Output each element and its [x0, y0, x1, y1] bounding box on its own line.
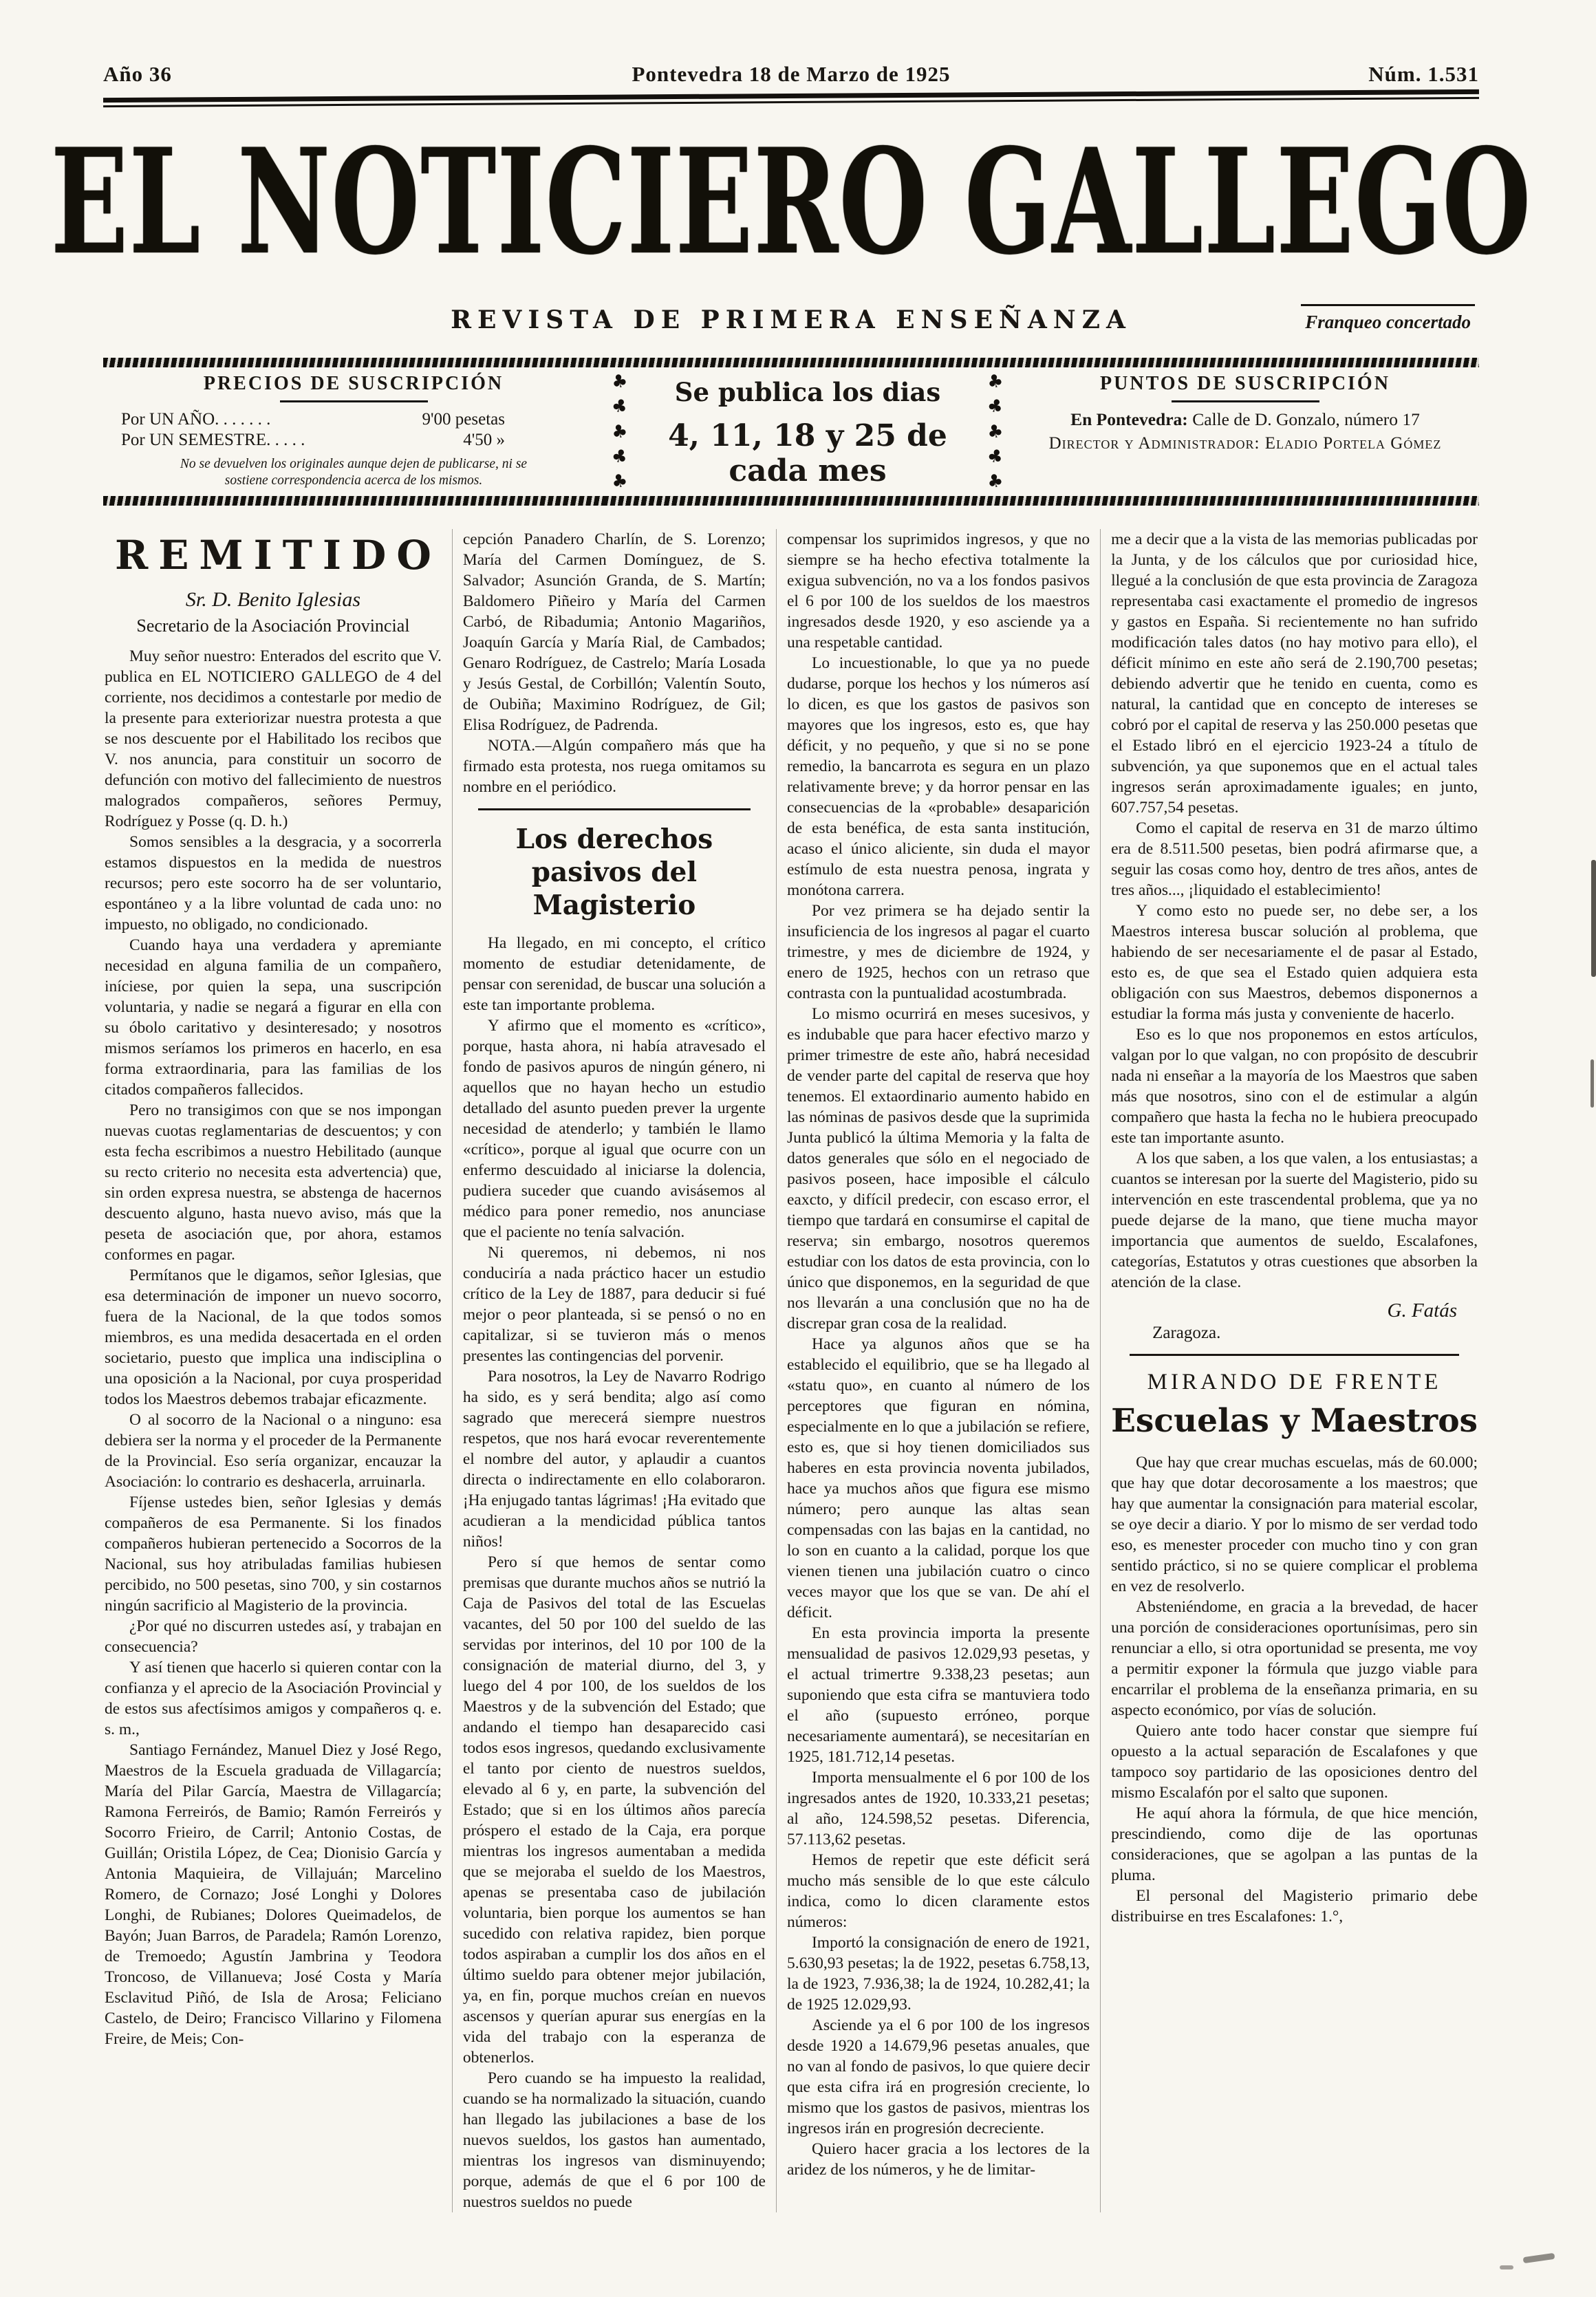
nota-paragraph: NOTA.—Algún compañero más que ha firmado… [463, 735, 766, 797]
article-divider [1130, 1354, 1460, 1356]
header-rule [103, 89, 1479, 107]
schedule-frame: ♣ ♣ ♣ ♣ ♣ Se publica los dias 4, 11, 18 … [604, 367, 1011, 496]
paragraph: Muy señor nuestro: Enterados del escrito… [105, 646, 442, 832]
scan-artifact [1500, 2265, 1513, 2269]
ornamental-rule [1011, 358, 1479, 367]
paragraph: Importa mensualmente el 6 por 100 de los… [787, 1767, 1090, 1850]
leaf-ornament-icon: ♣ [609, 394, 630, 419]
column-3: compensar los suprimidos ingresos, y que… [776, 529, 1100, 2212]
paragraph: Ha llegado, en mi concepto, el crítico m… [463, 933, 766, 1015]
leaf-ornament-column: ♣ ♣ ♣ ♣ ♣ [980, 367, 1011, 496]
issue-number: Núm. 1.531 [1135, 62, 1479, 87]
price-line-year: Por UN AÑO. . . . . . . 9'00 pesetas [116, 409, 592, 430]
newspaper-title: EL NOTICIERO GALLEGO [51, 116, 1532, 286]
signers-list: Santiago Fernández, Manuel Diez y José R… [105, 1740, 442, 2049]
paragraph: A los que saben, a los que valen, a los … [1111, 1148, 1478, 1293]
paragraph: Asciende ya el 6 por 100 de los ingresos… [787, 2015, 1090, 2139]
info-row: PRECIOS DE SUSCRIPCIÓN Por UN AÑO. . . .… [103, 358, 1479, 506]
edition-date: Pontevedra 18 de Marzo de 1925 [447, 62, 1135, 87]
franqueo-label: Franqueo concertado [1301, 304, 1475, 333]
ornamental-rule [1011, 496, 1479, 506]
price-label: Por UN AÑO. . . . . . . [121, 410, 270, 429]
paragraph: Eso es lo que nos proponemos en estos ar… [1111, 1024, 1478, 1148]
article-columns: REMITIDO Sr. D. Benito Iglesias Secretar… [103, 529, 1479, 2212]
paragraph: Quiero ante todo hacer constar que siemp… [1111, 1721, 1478, 1803]
director-name: Eladio Portela Gómez [1265, 434, 1442, 453]
subscription-points-box: PUNTOS DE SUSCRIPCIÓN En Pontevedra: Cal… [1011, 358, 1479, 506]
ornamental-rule [103, 358, 604, 367]
scan-artifact [1591, 860, 1596, 977]
schedule-line1: Se publica los dias [636, 377, 980, 407]
paragraph: Como el capital de reserva en 31 de marz… [1111, 818, 1478, 901]
publication-schedule-box: ♣ ♣ ♣ ♣ ♣ Se publica los dias 4, 11, 18 … [604, 358, 1011, 506]
derechos-headline: Los derechos pasivos del Magisterio [463, 823, 766, 922]
paragraph: Quiero hacer gracia a los lectores de la… [787, 2139, 1090, 2180]
price-value: 4'50 » [463, 431, 505, 450]
scan-artifact [1590, 1059, 1594, 1108]
price-line-semester: Por UN SEMESTRE. . . . . 4'50 » [116, 430, 592, 451]
ornamental-rule [604, 358, 1011, 367]
paragraph: Fíjense ustedes bien, señor Iglesias y d… [105, 1492, 442, 1616]
director-line: Director y Administrador: Eladio Portela… [1024, 434, 1467, 453]
points-title: PUNTOS DE SUSCRIPCIÓN [1024, 373, 1467, 395]
leaf-ornament-icon: ♣ [610, 420, 630, 444]
derechos-headline-line2: Magisterio [463, 889, 766, 922]
column-2: cepción Panadero Charlín, de S. Lorenzo;… [452, 529, 776, 2212]
paragraph: ¿Por qué no discurren ustedes así, y tra… [105, 1616, 442, 1657]
header-bar: Año 36 Pontevedra 18 de Marzo de 1925 Nú… [103, 62, 1479, 87]
title-underline [280, 400, 428, 402]
newspaper-page: { "header": { "year_label": "Año 36", "d… [0, 0, 1596, 2297]
signers-list-continued: cepción Panadero Charlín, de S. Lorenzo;… [463, 529, 766, 735]
prices-body: PRECIOS DE SUSCRIPCIÓN Por UN AÑO. . . .… [103, 367, 604, 496]
leaf-ornament-icon: ♣ [610, 470, 630, 494]
leaf-ornament-icon: ♣ [985, 470, 1006, 494]
price-value: 9'00 pesetas [422, 410, 505, 429]
prices-title: PRECIOS DE SUSCRIPCIÓN [116, 373, 592, 395]
masthead: EL NOTICIERO GALLEGO [103, 116, 1479, 288]
paragraph: Ni queremos, ni debemos, ni nos conducir… [463, 1242, 766, 1366]
leaf-ornament-column: ♣ ♣ ♣ ♣ ♣ [604, 367, 636, 496]
remitido-addressee-role: Secretario de la Asociación Provincial [105, 616, 442, 636]
paragraph: He aquí ahora la fórmula, de que hice me… [1111, 1803, 1478, 1886]
paragraph: Que hay que crear muchas escuelas, más d… [1111, 1452, 1478, 1597]
paragraph: Absteniéndome, en gracia a la brevedad, … [1111, 1597, 1478, 1721]
title-underline [1172, 400, 1319, 402]
remitido-addressee: Sr. D. Benito Iglesias [105, 588, 442, 612]
paragraph: En esta provincia importa la presente me… [787, 1623, 1090, 1767]
leaf-ornament-icon: ♣ [985, 420, 1006, 444]
paragraph: El personal del Magisterio primario debe… [1111, 1886, 1478, 1927]
author-place: Zaragoza. [1111, 1324, 1478, 1343]
originals-note: No se devuelven los originales aunque de… [116, 456, 592, 489]
note-line: sostiene correspondencia acerca de los m… [116, 473, 592, 489]
leaf-ornament-icon: ♣ [609, 444, 630, 469]
ornamental-rule [103, 496, 604, 506]
page-content: Año 36 Pontevedra 18 de Marzo de 1925 Nú… [103, 62, 1479, 2212]
paragraph: Y así tienen que hacerlo si quieren cont… [105, 1657, 442, 1740]
points-address: En Pontevedra: Calle de D. Gonzalo, núme… [1024, 409, 1467, 430]
points-body: PUNTOS DE SUSCRIPCIÓN En Pontevedra: Cal… [1011, 367, 1479, 496]
leaf-ornament-icon: ♣ [985, 370, 1006, 394]
paragraph: Pero sí que hemos de sentar como premisa… [463, 1552, 766, 2068]
paragraph: Cuando haya una verdadera y apremiante n… [105, 935, 442, 1100]
article-divider [478, 808, 751, 810]
paragraph: Y como esto no puede ser, no debe ser, a… [1111, 901, 1478, 1024]
paragraph: O al socorro de la Nacional o a ninguno:… [105, 1410, 442, 1492]
escuelas-headline: Escuelas y Maestros [1111, 1402, 1478, 1440]
price-label: Por UN SEMESTRE. . . . . [121, 431, 305, 450]
author-signature: G. Fatás [1111, 1300, 1457, 1322]
paragraph: Permítanos que le digamos, señor Iglesia… [105, 1265, 442, 1410]
paragraph: Importó la consignación de enero de 1921… [787, 1932, 1090, 2015]
subscription-prices-box: PRECIOS DE SUSCRIPCIÓN Por UN AÑO. . . .… [103, 358, 604, 506]
escuelas-kicker: MIRANDO DE FRENTE [1111, 1370, 1478, 1395]
schedule-line2: 4, 11, 18 y 25 de cada mes [636, 418, 980, 488]
derechos-headline-line1: Los derechos pasivos del [463, 823, 766, 889]
paragraph: Somos sensibles a la desgracia, y a soco… [105, 832, 442, 935]
column-1: REMITIDO Sr. D. Benito Iglesias Secretar… [103, 529, 452, 2212]
paragraph-continued: me a decir que a la vista de las memoria… [1111, 529, 1478, 818]
points-address-rest: Calle de D. Gonzalo, número 17 [1188, 409, 1420, 429]
subtitle-row: REVISTA DE PRIMERA ENSEÑANZA Franqueo co… [103, 305, 1479, 351]
paragraph: Y afirmo que el momento es «crítico», po… [463, 1015, 766, 1242]
newspaper-subtitle: REVISTA DE PRIMERA ENSEÑANZA [103, 305, 1479, 334]
ornamental-rule [604, 496, 1011, 506]
scan-artifact [1523, 2253, 1555, 2263]
leaf-ornament-icon: ♣ [984, 444, 1006, 469]
paragraph: Pero no transigimos con que se nos impon… [105, 1100, 442, 1265]
points-address-lead: En Pontevedra: [1070, 409, 1188, 429]
paragraph: Por vez primera se ha dejado sentir la i… [787, 901, 1090, 1004]
paragraph-continued: compensar los suprimidos ingresos, y que… [787, 529, 1090, 653]
paragraph: Hace ya algunos años que se ha estableci… [787, 1334, 1090, 1623]
edition-year: Año 36 [103, 62, 447, 87]
paragraph: Para nosotros, la Ley de Navarro Rodrigo… [463, 1366, 766, 1552]
paragraph: Hemos de repetir que este déficit será m… [787, 1850, 1090, 1932]
paragraph: Lo incuestionable, lo que ya no puede du… [787, 653, 1090, 901]
remitido-headline: REMITIDO [105, 532, 442, 579]
note-line: No se devuelven los originales aunque de… [116, 456, 592, 473]
paragraph: Lo mismo ocurrirá en meses sucesivos, y … [787, 1004, 1090, 1334]
column-4: me a decir que a la vista de las memoria… [1100, 529, 1479, 2212]
leaf-ornament-icon: ♣ [984, 394, 1006, 419]
paragraph: Pero cuando se ha impuesto la realidad, … [463, 2068, 766, 2212]
leaf-ornament-icon: ♣ [610, 370, 630, 394]
schedule-body: Se publica los dias 4, 11, 18 y 25 de ca… [636, 367, 980, 496]
director-lead: Director y Administrador: [1049, 434, 1265, 453]
